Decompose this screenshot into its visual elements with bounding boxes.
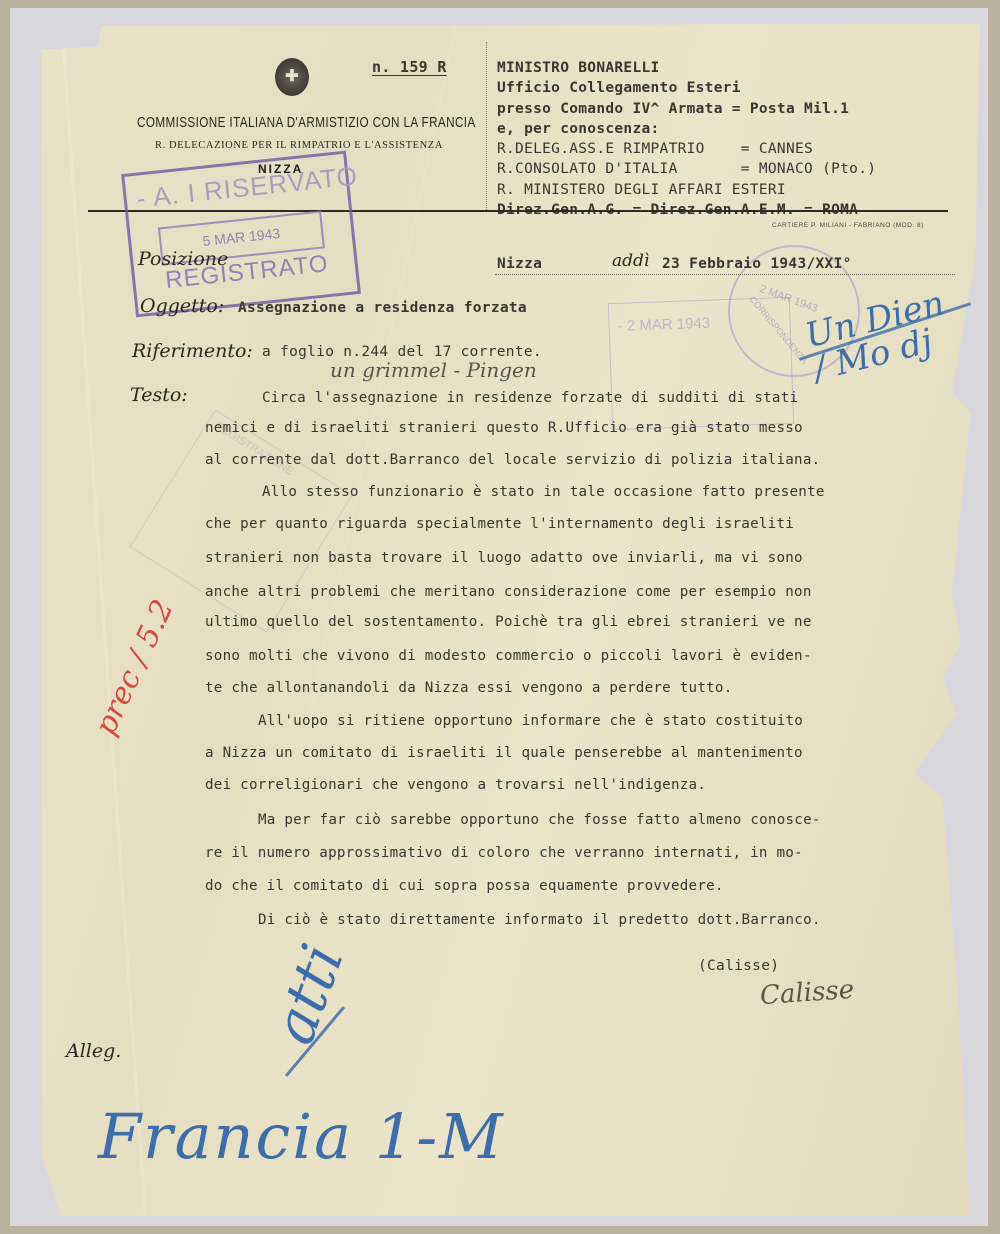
organization-name: COMMISSIONE ITALIANA D'ARMISTIZIO CON LA…: [137, 114, 476, 131]
blue-file-note: Francia 1-M: [98, 1100, 505, 1173]
body-line: Di ciò è stato direttamente informato il…: [258, 912, 821, 928]
delegation-name: R. DELECAZIONE PER IL RIMPATRIO E L'ASSI…: [155, 140, 443, 151]
paper-maker-mark: CARTIERE P. MILIANI - FABRIANO (MOD. 8): [772, 222, 924, 229]
allegati-label: Alleg.: [66, 1040, 121, 1062]
body-line: ultimo quello del sostentamento. Poichè …: [205, 614, 812, 630]
recipient-line: R.CONSOLATO D'ITALIA = MONACO (Pto.): [497, 159, 876, 179]
body-line: do che il comitato di cui sopra possa eq…: [205, 878, 724, 894]
body-line: che per quanto riguarda specialmente l'i…: [205, 516, 794, 532]
body-line: te che allontanandoli da Nizza essi veng…: [205, 680, 733, 696]
body-line: dei correligionari che vengono a trovars…: [205, 777, 706, 793]
recipient-line: e, per conoscenza:: [497, 119, 876, 139]
letterhead-divider: [486, 42, 487, 210]
received-date: - 2 MAR 1943: [617, 315, 710, 335]
place: Nizza: [497, 256, 542, 272]
recipient-line: presso Comando IV^ Armata = Posta Mil.1: [497, 99, 876, 119]
testo-label: Testo:: [130, 384, 188, 406]
savoy-crest-icon: ✚: [275, 58, 309, 96]
recipient-line: R.DELEG.ASS.E RIMPATRIO = CANNES: [497, 139, 876, 159]
riservato-registrato-stamp: - A. I RISERVATO 5 MAR 1943 REGISTRATO: [121, 151, 361, 318]
oggetto-value: Assegnazione a residenza forzata: [238, 300, 527, 316]
body-line: re il numero approssimativo di coloro ch…: [205, 845, 803, 861]
signatory-name: (Calisse): [698, 958, 779, 974]
recipient-line: Ufficio Collegamento Esteri: [497, 78, 876, 98]
date-prefix: addì: [612, 251, 649, 271]
body-line: a Nizza un comitato di israeliti il qual…: [205, 745, 803, 761]
recipient-line: MINISTRO BONARELLI: [497, 58, 876, 78]
place-date-line: [495, 274, 955, 275]
letter-date: 23 Febbraio 1943/XXI°: [662, 256, 852, 272]
recipients-block: MINISTRO BONARELLI Ufficio Collegamento …: [497, 58, 876, 220]
protocol-number: n. 159 R: [372, 58, 447, 76]
body-line: All'uopo si ritiene opportuno informare …: [258, 713, 803, 729]
body-line: al corrente dal dott.Barranco del locale…: [205, 452, 820, 468]
body-line: Circa l'assegnazione in residenze forzat…: [262, 390, 798, 406]
riferimento-label: Riferimento:: [132, 340, 253, 362]
riservato-text: - A. I RISERVATO: [135, 161, 359, 215]
body-line: Allo stesso funzionario è stato in tale …: [262, 484, 825, 500]
cross-icon: ✚: [275, 58, 309, 96]
posizione-label: Posizione: [138, 248, 228, 270]
body-line: sono molti che vivono di modesto commerc…: [205, 648, 812, 664]
pencil-annotation: un grimmel - Pingen: [330, 358, 537, 382]
recipient-line: R. MINISTERO DEGLI AFFARI ESTERI: [497, 180, 876, 200]
body-line: nemici e di israeliti stranieri questo R…: [205, 420, 803, 436]
oggetto-label: Oggetto:: [140, 295, 224, 317]
body-line: anche altri problemi che meritano consid…: [205, 584, 812, 600]
body-line: stranieri non basta trovare il luogo ada…: [205, 550, 803, 566]
body-line: Ma per far ciò sarebbe opportuno che fos…: [258, 812, 821, 828]
